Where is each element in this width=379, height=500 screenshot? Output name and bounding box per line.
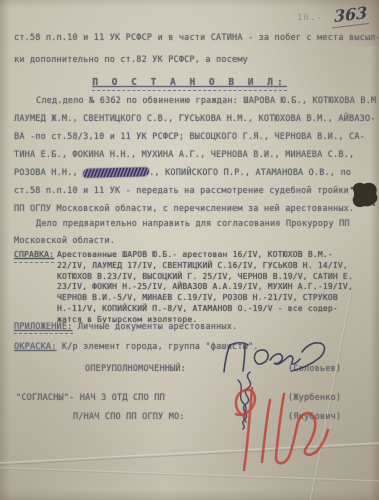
spravka-line: Арестованные ШАРОВ Ю.Б.- арестован 16/IV…: [57, 250, 369, 261]
okraska-label: ОКРАСКА:: [14, 342, 57, 352]
resolution-line: ст.58 п.п.10 и 11 УК - передать на рассм…: [14, 182, 376, 200]
resolution-line: ЛАУМЕД Ж.М., СВЕНТИЦКОГО С.В., ГУСЬКОВА …: [14, 110, 376, 128]
deputy-label: П/НАЧ СПО ПП ОГПУ МО:: [73, 412, 185, 422]
resolution-line-redacted: РОЗОВА Н.Н., ., КОПИЙСКОГО П.Р., АТАМАНО…: [14, 164, 376, 182]
ink-blot: [348, 178, 379, 212]
prilozhenie-label: ПРИЛОЖЕНИЕ:: [14, 322, 73, 334]
spravka-line: 23/IV, ФОКИН Н.-25/IV, АЙВАЗОВ А.А.19/IV…: [57, 282, 369, 293]
folio-number-handwritten: 363: [332, 3, 369, 29]
agree-label: "СОГЛАСНЫ"- НАЧ 3 ОТД СПО ПП: [16, 393, 165, 403]
spravka-text: Арестованные ШАРОВ Ю.Б.- арестован 16/IV…: [57, 250, 369, 326]
document-page: 16.- 363 ст.58 п.п.10 и 11 УК РСФСР и в …: [0, 0, 379, 500]
redaction-scribble: [82, 167, 149, 178]
spravka-line: КОТЮХОВ В.23/IV, ВЫСОЦКИЙ Г. 25/IV, ЧЕРН…: [57, 272, 369, 283]
spravka-line: 22/IV, ЛАУМЕД 17/IV, СВЕНТИЦКИЙ С.16/IV,…: [57, 261, 369, 272]
intro-line: ст.58 п.п.10 и 11 УК РСФСР и в части САТ…: [14, 27, 376, 49]
directive-line: Дело предварительно направить для соглас…: [14, 216, 376, 233]
prilozhenie-row: ПРИЛОЖЕНИЕ: Личные документы арестованны…: [14, 322, 237, 332]
resolution-line: ТИНА Е.Б., ФОКИНА Н.Н., МУХИНА А.Г., ЧЕР…: [14, 146, 376, 164]
resolution-line: След.дело № 6362 по обвинению граждан: Ш…: [14, 92, 376, 110]
spravka-line: ЧЕРНОВ В.И.-5/V, МИНАЕВ С.19/IV, РОЗОВ Н…: [57, 293, 369, 304]
spravka-line: Н.-11/V, КОПИЙСКИЙ П.-8/V, АТАМАНОВ О.-1…: [57, 304, 369, 315]
resolution-heading: П О С Т А Н О В И Л:: [92, 77, 286, 91]
resolution-paragraph: След.дело № 6362 по обвинению граждан: Ш…: [14, 92, 376, 218]
intro-line: ки дополнительно по ст.82 УК РСФСР, а по…: [14, 49, 376, 71]
directive-paragraph: Дело предварительно направить для соглас…: [14, 216, 376, 250]
prilozhenie-text: Личные документы арестованных.: [78, 322, 238, 332]
folio-typed: 16.-: [297, 13, 323, 23]
redaction-before-text: РОЗОВА Н.Н.,: [14, 168, 83, 178]
resolution-line: ВА -по ст.58/3,10 и 11 УК РСФСР; ВЫСОЦКО…: [14, 128, 376, 146]
redaction-after-text: ., КОПИЙСКОГО П.Р., АТАМАНОВА О.В., по: [149, 168, 351, 178]
operative-label: ОПЕРУПОЛНОМОЧЕННЫЙ:: [85, 364, 186, 374]
intro-paragraph: ст.58 п.п.10 и 11 УК РСФСР и в части САТ…: [14, 27, 376, 71]
yakubovich-signature: [222, 382, 342, 477]
spravka-label: СПРАВКА:: [14, 250, 54, 263]
directive-line: Московской области.: [14, 233, 376, 250]
